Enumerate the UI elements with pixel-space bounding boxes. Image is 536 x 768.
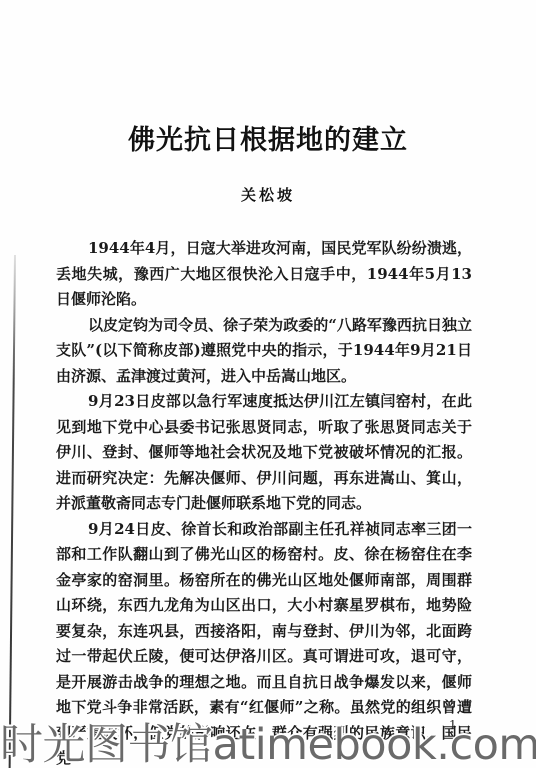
scan-edge-line bbox=[9, 255, 16, 768]
author-name: 关松坡 bbox=[0, 184, 536, 205]
paragraph: 9月23日皮部以急行军速度抵达伊川江左镇闫窑村，在此见到地下党中心县委书记张思贤… bbox=[56, 389, 472, 517]
paragraph: 以皮定钧为司令员、徐子荣为政委的“八路军豫西抗日独立支队”(以下简称皮部)遵照党… bbox=[56, 313, 472, 390]
paragraph: 1944年4月，日寇大举进攻河南，国民党军队纷纷溃逃，丢地失城，豫西广大地区很快… bbox=[56, 236, 472, 313]
watermark: 时光图书馆atimebook.com bbox=[0, 722, 536, 768]
body-text: 1944年4月，日寇大举进攻河南，国民党军队纷纷溃逃，丢地失城，豫西广大地区很快… bbox=[56, 236, 472, 768]
scanned-page: 佛光抗日根据地的建立 关松坡 1944年4月，日寇大举进攻河南，国民党军队纷纷溃… bbox=[0, 0, 536, 768]
document-title: 佛光抗日根据地的建立 bbox=[0, 118, 536, 157]
